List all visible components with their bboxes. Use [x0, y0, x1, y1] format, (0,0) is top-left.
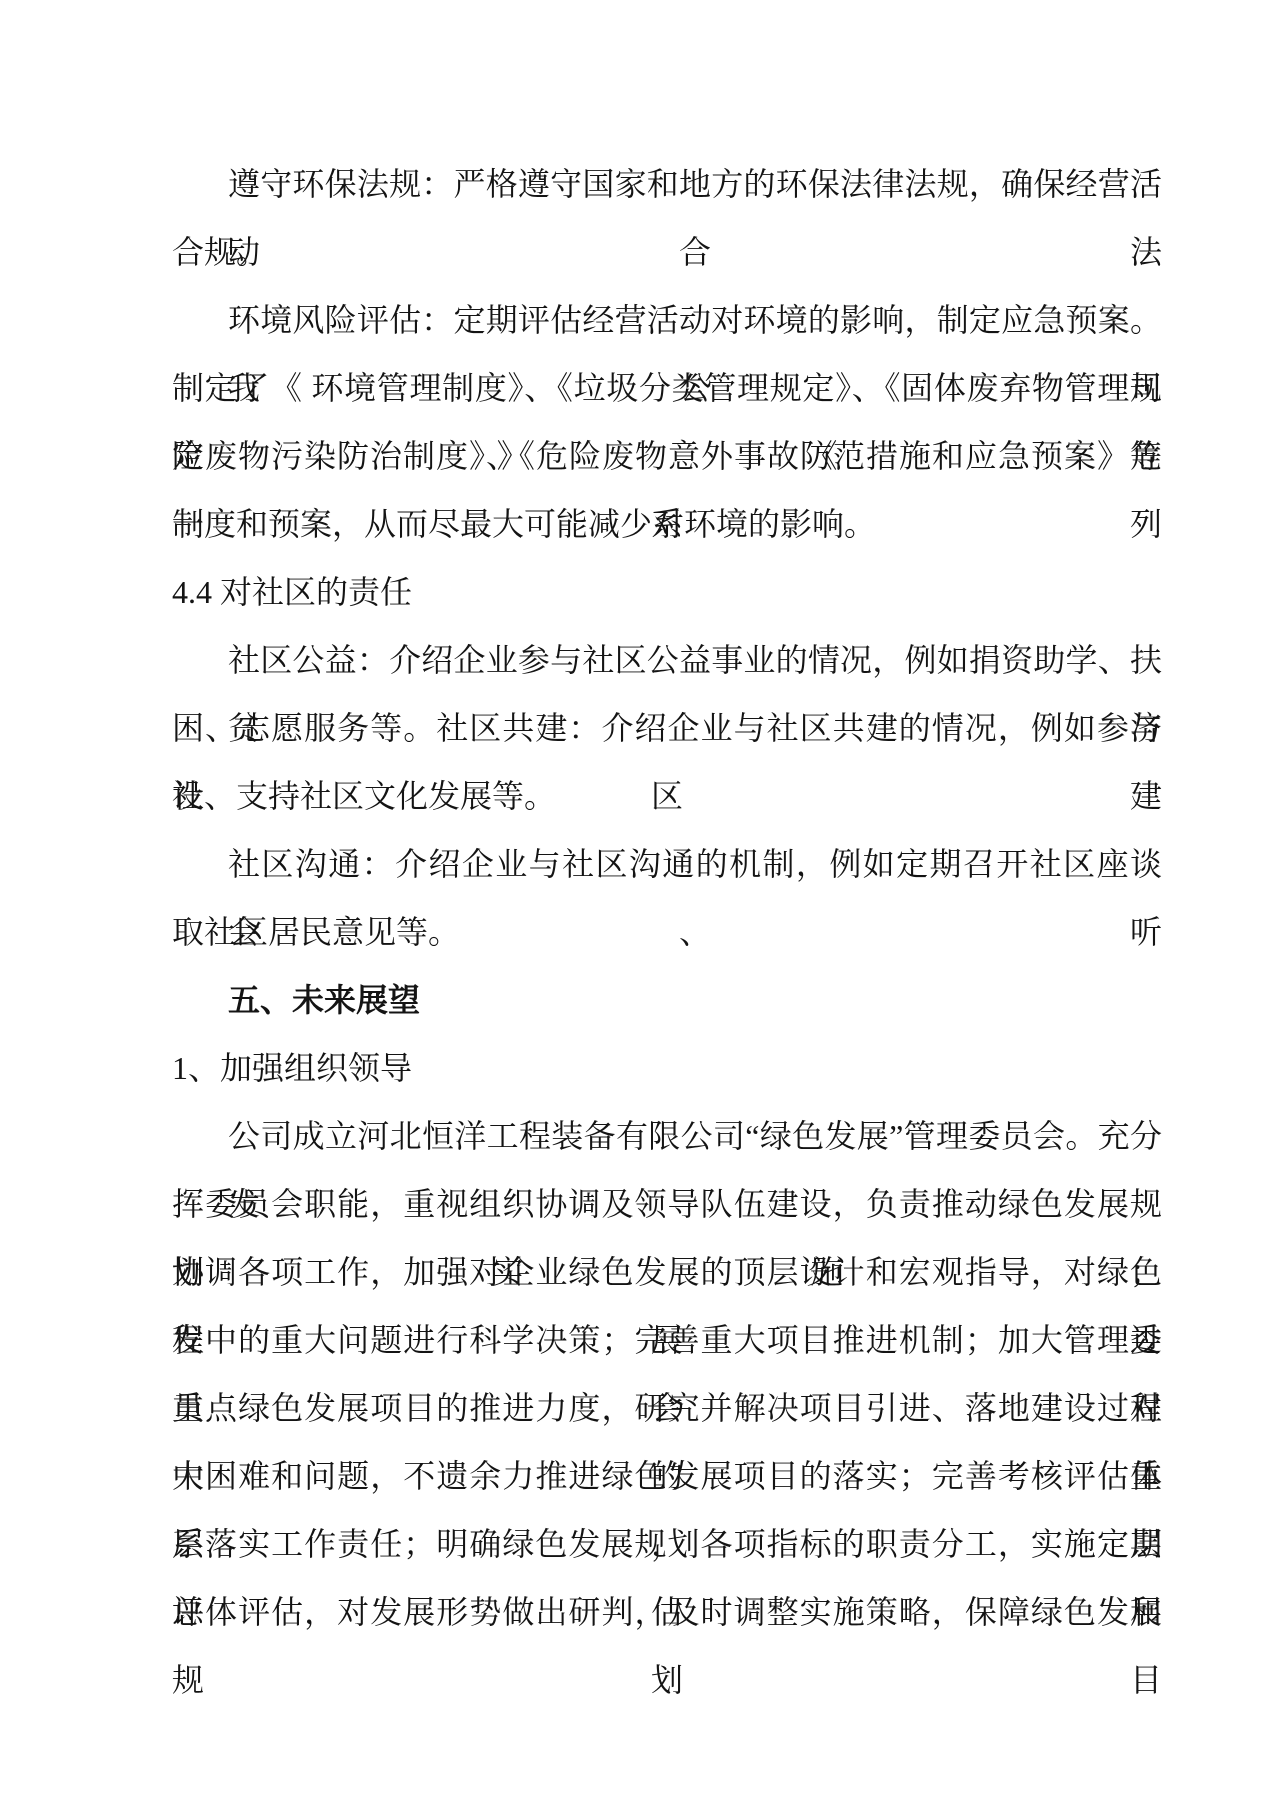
text-line: 社区公益：介绍企业参与社区公益事业的情况，例如捐资助学、扶贫济	[172, 626, 1162, 694]
text-line: 层落实工作责任；明确绿色发展规划各项指标的职责分工，实施定期评估和	[172, 1510, 1162, 1578]
text-line: 五、未来展望	[172, 966, 1162, 1034]
text-line: 大困难和问题，不遗余力推进绿色发展项目的落实；完善考核评估体系，层	[172, 1442, 1162, 1510]
text-line: 困、志愿服务等。社区共建：介绍企业与社区共建的情况，例如参与社区建	[172, 694, 1162, 762]
text-line: 险废物污染防治制度》、《危险废物意外事故防范措施和应急预案》等一系列	[172, 422, 1162, 490]
text-line: 挥委员会职能，重视组织协调及领导队伍建设，负责推动绿色发展规划实施；	[172, 1170, 1162, 1238]
text-line: 协调各项工作，加强对企业绿色发展的顶层设计和宏观指导，对绿色发展过	[172, 1238, 1162, 1306]
text-line: 制定了《 环境管理制度》、《垃圾分类管理规定》、《固体废弃物管理规定》《危	[172, 354, 1162, 422]
text-line: 公司成立河北恒洋工程装备有限公司“绿色发展”管理委员会。充分发	[172, 1102, 1162, 1170]
text-line: 4.4 对社区的责任	[172, 558, 1162, 626]
text-line: 1、加强组织领导	[172, 1034, 1162, 1102]
document-page: 遵守环保法规：严格遵守国家和地方的环保法律法规，确保经营活动合法合规。环境风险评…	[0, 0, 1279, 1809]
text-line: 环境风险评估：定期评估经营活动对环境的影响，制定应急预案。我公司	[172, 286, 1162, 354]
document-body: 遵守环保法规：严格遵守国家和地方的环保法律法规，确保经营活动合法合规。环境风险评…	[172, 150, 1162, 1646]
text-line: 遵守环保法规：严格遵守国家和地方的环保法律法规，确保经营活动合法	[172, 150, 1162, 218]
text-line: 总体评估，对发展形势做出研判，及时调整实施策略，保障绿色发展规划目	[172, 1578, 1162, 1646]
text-line: 程中的重大问题进行科学决策；完善重大项目推进机制；加大管理委员会对	[172, 1306, 1162, 1374]
text-line: 重点绿色发展项目的推进力度，研究并解决项目引进、落地建设过程中的重	[172, 1374, 1162, 1442]
text-line: 社区沟通：介绍企业与社区沟通的机制，例如定期召开社区座谈会、听	[172, 830, 1162, 898]
